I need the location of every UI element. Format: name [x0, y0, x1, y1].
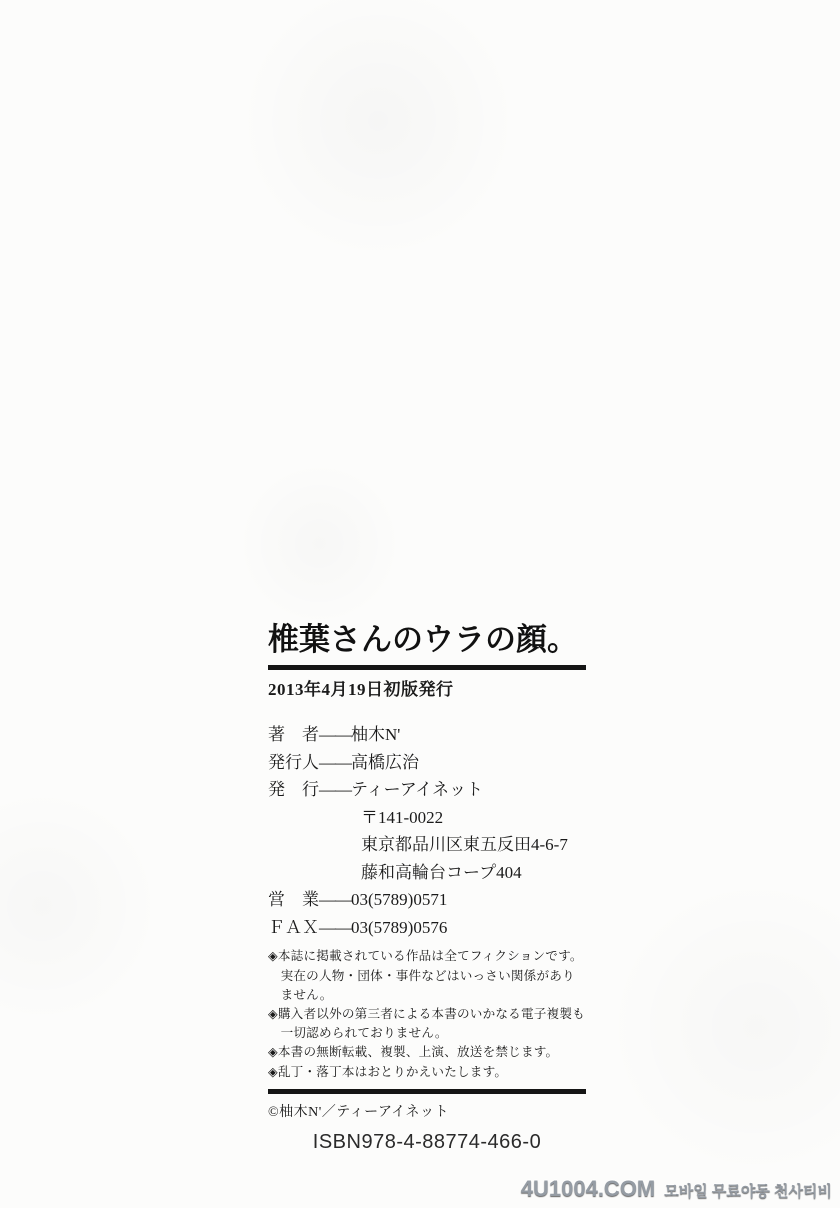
notice-defective-copies: ◈乱丁・落丁本はおとりかえいたします。: [268, 1063, 586, 1082]
publisher-person-value: 高橋広治: [351, 753, 419, 772]
notice-text: 本誌に掲載されている作品は全てフィクションです。実在の人物・団体・事件などはいっ…: [278, 949, 583, 1001]
leader-dash: ——: [319, 725, 351, 744]
notice-digital-copy: ◈購入者以外の第三者による本書のいかなる電子複製も一切認められておりません。: [268, 1005, 586, 1043]
postal-code: 〒141-0022: [268, 804, 586, 832]
diamond-bullet-icon: ◈: [268, 1007, 278, 1021]
author-value: 柚木N': [351, 725, 400, 744]
leader-dash: ——: [319, 753, 351, 772]
watermark-site-url: 4U1004.COM: [521, 1176, 656, 1202]
diamond-bullet-icon: ◈: [268, 1045, 278, 1059]
diamond-bullet-icon: ◈: [268, 949, 278, 963]
notice-text: 購入者以外の第三者による本書のいかなる電子複製も一切認められておりません。: [278, 1007, 585, 1040]
site-watermark: 4U1004.COM 모바일 무료야동 천사티비: [521, 1176, 832, 1202]
colophon-block: 椎葉さんのウラの顔。 2013年4月19日初版発行 著 者——柚木N' 発行人—…: [268, 620, 586, 1154]
notice-fiction-disclaimer: ◈本誌に掲載されている作品は全てフィクションです。実在の人物・団体・事件などはい…: [268, 947, 586, 1005]
fax-label: ＦＡＸ: [268, 918, 319, 937]
notice-text: 本書の無断転載、複製、上演、放送を禁じます。: [278, 1045, 558, 1059]
publisher-value: ティーアイネット: [351, 780, 483, 799]
fax-number: 03(5789)0576: [351, 918, 447, 937]
notice-text: 乱丁・落丁本はおとりかえいたします。: [278, 1065, 507, 1079]
publication-info: 著 者——柚木N' 発行人——高橋広治 発 行——ティーアイネット 〒141-0…: [268, 721, 586, 941]
leader-dash: ——: [319, 780, 351, 799]
sales-label: 営 業: [268, 890, 319, 909]
sales-phone-number: 03(5789)0571: [351, 890, 447, 909]
publisher-row: 発 行——ティーアイネット: [268, 776, 586, 804]
author-label: 著 者: [268, 725, 319, 744]
diamond-bullet-icon: ◈: [268, 1065, 278, 1079]
watermark-tagline: 모바일 무료야동 천사티비: [664, 1180, 832, 1201]
author-row: 著 者——柚木N': [268, 721, 586, 749]
notice-reproduction: ◈本書の無断転載、複製、上演、放送を禁じます。: [268, 1043, 586, 1062]
book-title: 椎葉さんのウラの顔。: [268, 620, 586, 660]
edition-date: 2013年4月19日初版発行: [268, 675, 586, 700]
sales-phone-row: 営 業——03(5789)0571: [268, 886, 586, 914]
isbn-number: ISBN978-4-88774-466-0: [268, 1131, 586, 1154]
address-line-1: 東京都品川区東五反田4-6-7: [268, 831, 586, 859]
fax-row: ＦＡＸ——03(5789)0576: [268, 914, 586, 942]
address-line-2: 藤和高輪台コープ404: [268, 859, 586, 887]
publisher-person-row: 発行人——高橋広治: [268, 749, 586, 777]
bottom-rule: [268, 1089, 586, 1094]
leader-dash: ——: [319, 918, 351, 937]
title-underline-rule: [268, 665, 586, 670]
publisher-person-label: 発行人: [268, 753, 319, 772]
copyright-line: ©柚木N'／ティーアイネット: [268, 1101, 586, 1121]
legal-notices: ◈本誌に掲載されている作品は全てフィクションです。実在の人物・団体・事件などはい…: [268, 947, 586, 1081]
leader-dash: ——: [319, 890, 351, 909]
publisher-label: 発 行: [268, 780, 319, 799]
scanned-colophon-page: 椎葉さんのウラの顔。 2013年4月19日初版発行 著 者——柚木N' 発行人—…: [0, 0, 840, 1208]
